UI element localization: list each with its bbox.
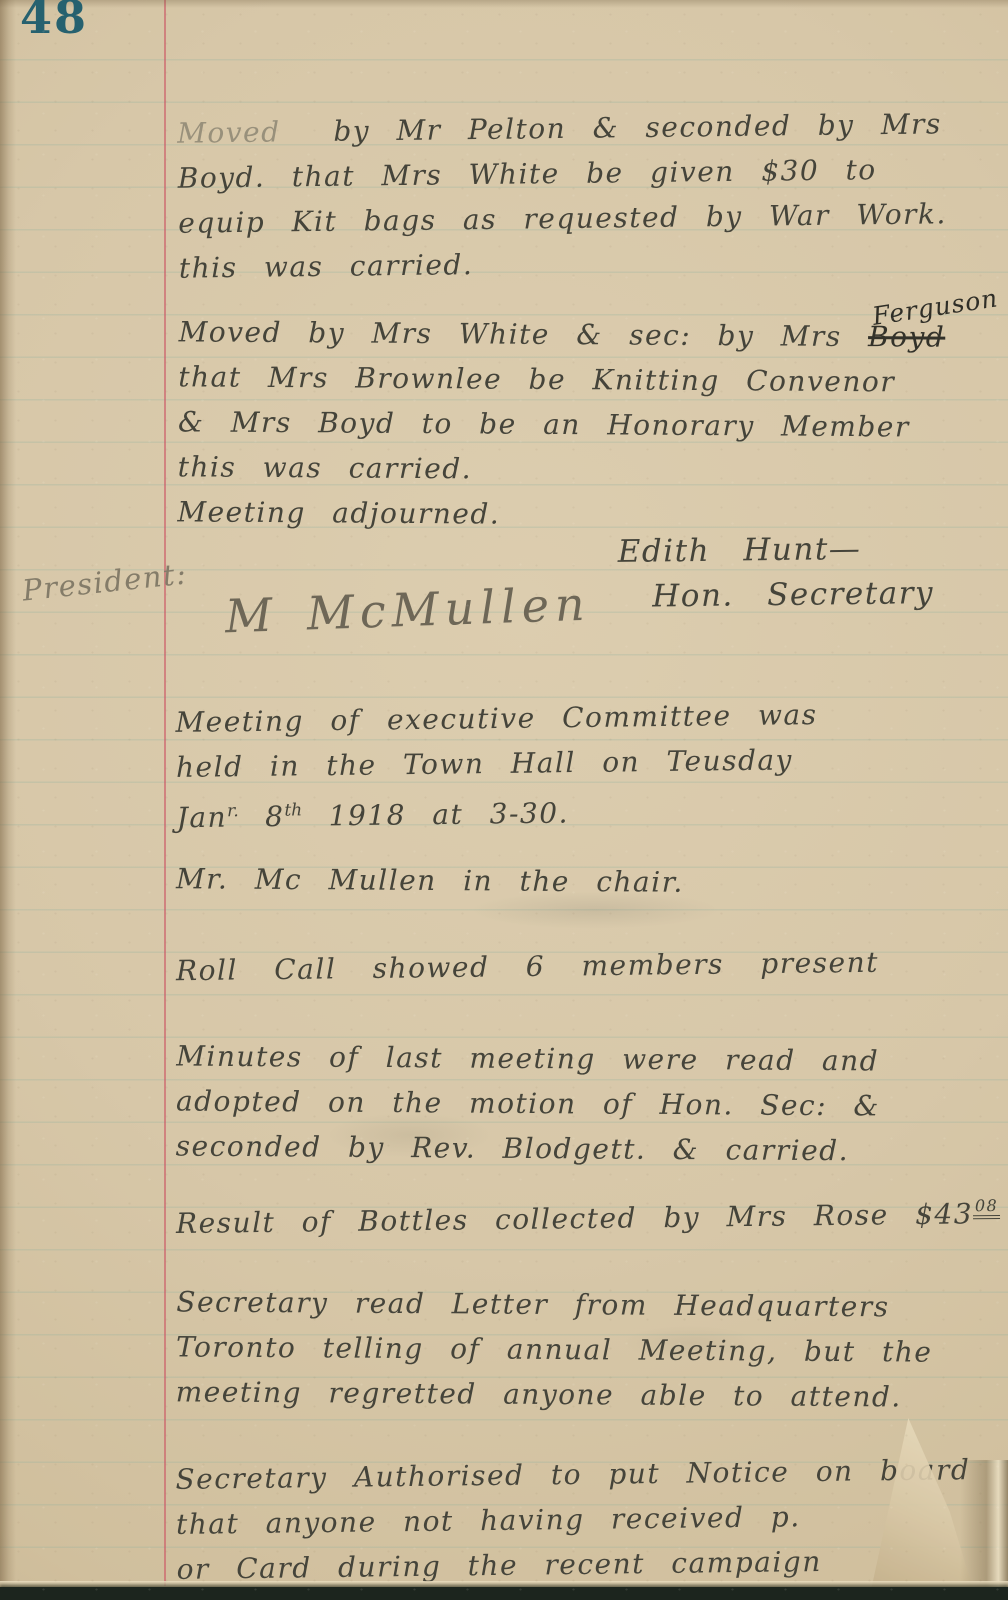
handwritten-line: Secretary read Letter from Headquarters <box>176 1279 933 1329</box>
superscript-ordinal: th <box>284 800 302 820</box>
president-signature: M McMullen <box>224 582 591 640</box>
cents-superscript: 08 <box>973 1196 1001 1219</box>
handwritten-text: 1918 at 3-30. <box>302 796 569 832</box>
secretary-title: Hon. Secretary <box>618 571 934 620</box>
secretary-signature: Edith Hunt— <box>617 526 933 575</box>
paragraph-roll-call: Roll Call showed 6 members present <box>176 940 879 994</box>
handwritten-line: Minutes of last meeting were read and <box>176 1034 880 1084</box>
handwritten-line: held in the Town Hall on Teusday <box>176 737 819 790</box>
book-binding-shadow <box>0 1587 1008 1600</box>
handwritten-line: seconded by Rev. Blodgett. & carried. <box>176 1124 880 1174</box>
handwritten-line: Moved by Mrs White & sec: by Mrs Boyd Fe… <box>178 309 945 359</box>
handwritten-line: that Mrs Brownlee be Knitting Convenor <box>178 354 945 404</box>
paragraph-meeting-heading: Meeting of executive Committee was held … <box>175 692 819 835</box>
handwritten-text: Jan <box>176 801 227 835</box>
correction-above-line: Ferguson <box>870 275 1002 338</box>
handwritten-line: equip Kit bags as requested by War Work. <box>178 191 947 245</box>
handwritten-line: Janr. 8th 1918 at 3-30. <box>176 782 819 835</box>
paragraph-chair: Mr. Mc Mullen in the chair. <box>176 856 684 905</box>
handwritten-text: 8 <box>239 800 285 834</box>
faded-word: Moved <box>177 115 281 149</box>
handwritten-line: Meeting of executive Committee was <box>175 692 818 745</box>
handwritten-line: adopted on the motion of Hon. Sec: & <box>176 1079 880 1129</box>
handwritten-text: Moved by Mrs White & sec: by Mrs <box>179 315 842 353</box>
handwritten-text: Result of Bottles collected by Mrs Rose … <box>176 1197 973 1240</box>
handwritten-line: this was carried. <box>178 444 945 494</box>
handwritten-line: Roll Call showed 6 members present <box>176 940 879 994</box>
page-number: 48 <box>20 0 88 44</box>
handwritten-line: meeting regretted anyone able to attend. <box>176 1369 933 1419</box>
handwritten-text: by Mr Pelton & seconded by Mrs <box>333 107 942 147</box>
handwritten-line: Toronto telling of annual Meeting, but t… <box>176 1324 933 1374</box>
paragraph-bottles-result: Result of Bottles collected by Mrs Rose … <box>176 1191 1001 1246</box>
paragraph-notice-board: Secretary Authorised to put Notice on bo… <box>175 1447 971 1592</box>
page-top-edge-shadow <box>0 0 1008 8</box>
handwritten-line: & Mrs Boyd to be an Honorary Member <box>178 399 945 449</box>
corrected-name: Boyd Ferguson <box>868 314 945 360</box>
paragraph-motion-kitbags: Moved by Mr Pelton & seconded by Mrs Boy… <box>177 101 948 290</box>
handwritten-line: Mr. Mc Mullen in the chair. <box>176 856 684 905</box>
paragraph-minutes-adopted: Minutes of last meeting were read and ad… <box>176 1034 881 1174</box>
paragraph-headquarters-letter: Secretary read Letter from Headquarters … <box>176 1279 933 1419</box>
scanned-minute-book-page: 48 Moved by Mr Pelton & seconded by Mrs … <box>0 0 1008 1600</box>
handwritten-line: Result of Bottles collected by Mrs Rose … <box>176 1191 1001 1246</box>
paragraph-motion-convenor: Moved by Mrs White & sec: by Mrs Boyd Fe… <box>177 309 945 539</box>
superscript-abbrev: r. <box>227 801 239 821</box>
secretary-signature-block: Edith Hunt— Hon. Secretary <box>617 526 934 620</box>
page-left-edge-shadow <box>0 0 16 1600</box>
red-margin-line <box>164 0 166 1586</box>
handwritten-line: this was carried. <box>179 236 948 290</box>
